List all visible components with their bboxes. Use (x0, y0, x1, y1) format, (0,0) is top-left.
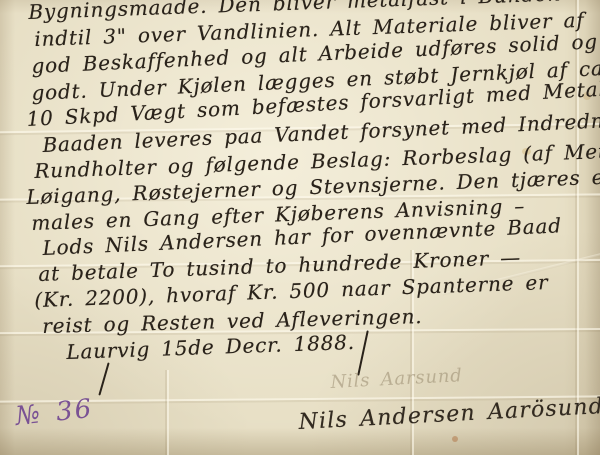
manuscript-photo: Bygningsmaade. Den bliver metalfast i Bu… (0, 0, 600, 455)
foxing-stain (452, 436, 458, 442)
paper-crease-vertical (165, 370, 169, 455)
